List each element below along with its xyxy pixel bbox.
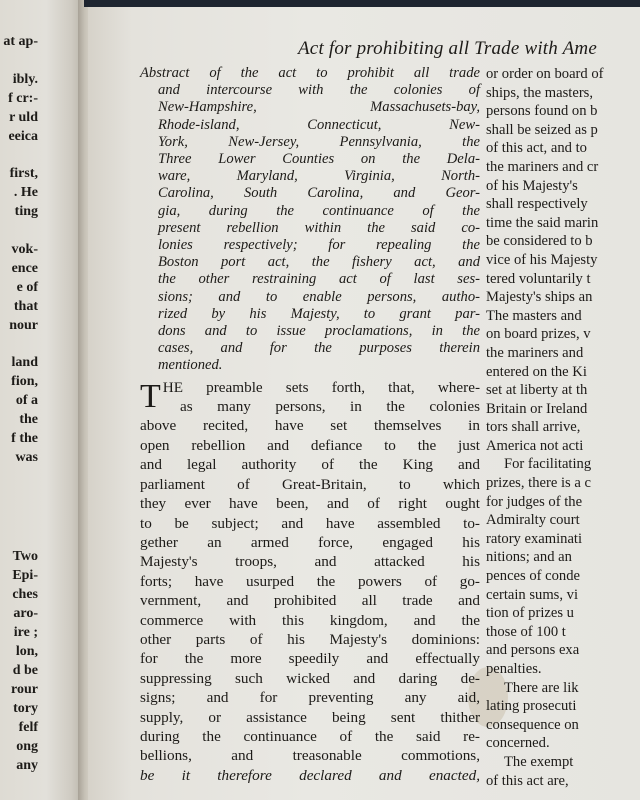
right-column-line: Majesty's ships an xyxy=(486,288,640,307)
right-column-line: set at liberty at th xyxy=(486,381,640,400)
right-column-line: pences of conde xyxy=(486,567,640,586)
abstract-line: New-Hampshire, Massachusets-bay, xyxy=(140,99,480,116)
left-page-line: ting xyxy=(15,204,38,220)
right-column-line: tion of prizes u xyxy=(486,604,640,623)
left-page-line: ibly. xyxy=(13,72,38,88)
right-column-line: of his Majesty's xyxy=(486,177,640,196)
left-page-line: Epi- xyxy=(12,568,38,584)
right-column-line: ratory examinati xyxy=(486,530,640,549)
left-page-line: r uld xyxy=(9,110,38,126)
right-column-line: penalties. xyxy=(486,660,640,679)
left-page-line: tory xyxy=(13,701,38,717)
right-column-line: time the said marin xyxy=(486,214,640,233)
right-column-line: of this act, and to xyxy=(486,139,640,158)
body-line: be it therefore declared and enacted, xyxy=(140,766,480,785)
left-page-line: ire ; xyxy=(14,625,38,641)
right-column-line: entered on the Ki xyxy=(486,363,640,382)
left-page-line: lon, xyxy=(16,644,38,660)
body-line: signs; and for preventing any aid, xyxy=(140,688,480,707)
abstract-line: Carolina, South Carolina, and Geor- xyxy=(140,185,480,202)
right-column-line: There are lik xyxy=(486,679,640,698)
body-line: supply, or assistance being sent thither xyxy=(140,708,480,727)
right-column-line: ships, the masters, xyxy=(486,84,640,103)
left-page-line: first, xyxy=(10,166,38,182)
drop-cap: T xyxy=(140,382,161,412)
left-page-line: f the xyxy=(11,431,38,447)
running-header: Act for prohibiting all Trade with Ame xyxy=(298,38,597,60)
right-column-line: shall be seized as p xyxy=(486,121,640,140)
body-line: during the continuance of the said re- xyxy=(140,727,480,746)
right-column-line: concerned. xyxy=(486,734,640,753)
left-page-line: that xyxy=(14,299,38,315)
body-line: for the more speedily and effectually xyxy=(140,649,480,668)
left-page-line: nour xyxy=(9,318,38,334)
left-page-line: of a xyxy=(16,393,38,409)
left-page: at ap-ibly.f cr:-r uldeeicafirst,. Hetin… xyxy=(0,0,84,800)
left-page-line: vok- xyxy=(12,242,38,258)
right-column-line: those of 100 t xyxy=(486,623,640,642)
right-column-line: certain sums, vi xyxy=(486,586,640,605)
abstract-line: Rhode-island, Connecticut, New- xyxy=(140,117,480,134)
body-line: they ever have been, and of right ought xyxy=(140,494,480,513)
abstract-line: and intercourse with the colonies of xyxy=(140,82,480,99)
right-column-line: the mariners and xyxy=(486,344,640,363)
right-column-line: the mariners and cr xyxy=(486,158,640,177)
left-page-line: the xyxy=(19,412,38,428)
right-column-line: be considered to b xyxy=(486,232,640,251)
abstract-line: lonies respectively; for repealing the xyxy=(140,237,480,254)
left-page-line: d be xyxy=(13,663,38,679)
right-column-line: of this act are, xyxy=(486,772,640,791)
left-page-line: e of xyxy=(17,280,38,296)
right-page: Act for prohibiting all Trade with Ame A… xyxy=(88,7,640,800)
right-column-line: lating prosecuti xyxy=(486,697,640,716)
left-page-line: ong xyxy=(16,739,38,755)
abstract-line: dons and to issue proclamations, in the xyxy=(140,323,480,340)
abstract-line: rized by his Majesty, to grant par- xyxy=(140,306,480,323)
abstract-heading: Abstract of the act to prohibit all trad… xyxy=(140,65,480,375)
abstract-line: mentioned. xyxy=(140,357,480,374)
abstract-line: gia, during the continuance of the xyxy=(140,203,480,220)
right-column-line: consequence on xyxy=(486,716,640,735)
abstract-line: the other restraining act of last ses- xyxy=(140,271,480,288)
body-line: other parts of his Majesty's dominions: xyxy=(140,630,480,649)
header-title-text: Act for prohibiting all Trade with Ame xyxy=(298,38,597,59)
abstract-line: Three Lower Counties on the Dela- xyxy=(140,151,480,168)
abstract-line: cases, and for the purposes therein xyxy=(140,340,480,357)
left-page-line: any xyxy=(16,758,38,774)
left-page-line: fion, xyxy=(11,374,38,390)
right-column-line: The exempt xyxy=(486,753,640,772)
body-line: gether an armed force, engaged his xyxy=(140,533,480,552)
left-page-line: Two xyxy=(13,549,38,565)
abstract-line: present rebellion within the said co- xyxy=(140,220,480,237)
body-line: bellions, and treasonable commotions, xyxy=(140,746,480,765)
right-column-line: on board prizes, v xyxy=(486,325,640,344)
abstract-line: Boston port act, the fishery act, and xyxy=(140,254,480,271)
left-page-line: eeica xyxy=(8,129,38,145)
main-column: Abstract of the act to prohibit all trad… xyxy=(140,65,480,785)
right-column-line: persons found on b xyxy=(486,102,640,121)
body-line: HE preamble sets forth, that, where- xyxy=(140,378,480,397)
body-line: commerce with this kingdom, and the xyxy=(140,611,480,630)
right-column-line: shall respectively xyxy=(486,195,640,214)
right-column-line: or order on board of xyxy=(486,65,640,84)
right-column-line: America not acti xyxy=(486,437,640,456)
body-line: parliament of Great-Britain, to which xyxy=(140,475,480,494)
right-column-line: vice of his Majesty xyxy=(486,251,640,270)
body-line: above recited, have set themselves in xyxy=(140,416,480,435)
body-line: suppressing such wicked and daring de- xyxy=(140,669,480,688)
left-page-line: was xyxy=(15,450,38,466)
right-column-line: The masters and xyxy=(486,307,640,326)
body-line: open rebellion and defiance to the just xyxy=(140,436,480,455)
right-column-line: for judges of the xyxy=(486,493,640,512)
right-column: or order on board ofships, the masters,p… xyxy=(486,65,640,790)
left-page-line: ence xyxy=(12,261,38,277)
right-column-line: Britain or Ireland xyxy=(486,400,640,419)
right-column-line: prizes, there is a c xyxy=(486,474,640,493)
left-page-line: ches xyxy=(12,587,38,603)
left-page-line: rour xyxy=(11,682,38,698)
article-body: T HE preamble sets forth, that, where-as… xyxy=(140,378,480,786)
left-page-line: at ap- xyxy=(3,34,38,50)
abstract-line: York, New-Jersey, Pennsylvania, the xyxy=(140,134,480,151)
body-line: Majesty's troops, and attacked his xyxy=(140,552,480,571)
right-column-line: Admiralty court xyxy=(486,511,640,530)
left-page-line: f cr:- xyxy=(8,91,38,107)
abstract-line: sions; and to enable persons, autho- xyxy=(140,289,480,306)
body-line: and legal authority of the King and xyxy=(140,455,480,474)
left-page-line: aro- xyxy=(13,606,38,622)
left-page-line: felf xyxy=(19,720,38,736)
left-page-line: . He xyxy=(14,185,38,201)
right-column-line: tered voluntarily t xyxy=(486,270,640,289)
abstract-line: Abstract of the act to prohibit all trad… xyxy=(140,65,480,82)
body-line: to be subject; and have assembled to- xyxy=(140,514,480,533)
right-column-line: tors shall arrive, xyxy=(486,418,640,437)
abstract-line: ware, Maryland, Virginia, North- xyxy=(140,168,480,185)
body-line: as many persons, in the colonies xyxy=(140,397,480,416)
body-line: forts; have usurped the powers of go- xyxy=(140,572,480,591)
right-column-line: and persons exa xyxy=(486,641,640,660)
right-column-line: nitions; and an xyxy=(486,548,640,567)
page-top-edge xyxy=(84,0,640,7)
right-column-line: For facilitating xyxy=(486,455,640,474)
body-line: vernment, and prohibited all trade and xyxy=(140,591,480,610)
left-page-line: land xyxy=(12,355,38,371)
